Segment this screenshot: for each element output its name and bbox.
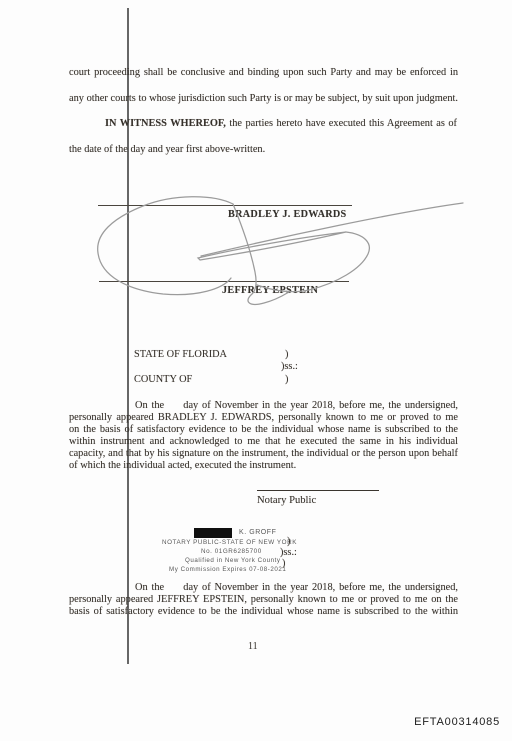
stamp-qualified: Qualified in New York County <box>185 557 281 564</box>
jurat2-paren-bottom: ) <box>282 558 285 569</box>
witness-clause-rest: the parties hereto have executed this Ag… <box>226 118 457 129</box>
jurat1-county: COUNTY OF <box>134 374 192 385</box>
bates-number: EFTA00314085 <box>410 716 500 728</box>
stamp-expiration: My Commission Expires 07-08-2021 <box>169 566 286 573</box>
redaction-box <box>194 528 232 538</box>
jurat2-paren-top: ) <box>287 536 290 547</box>
jurat1-state: STATE OF FLORIDA <box>134 349 227 360</box>
page-number: 11 <box>248 641 258 652</box>
jurat1-paren-top: ) <box>285 349 288 360</box>
notary-public-label: Notary Public <box>257 495 316 506</box>
stamp-title: NOTARY PUBLIC-STATE OF NEW YORK <box>162 539 297 546</box>
ack1-line: of which the individual acted, executed … <box>69 459 458 472</box>
scan-artifact-vertical-line <box>127 8 129 664</box>
signature-scrawl <box>85 190 480 315</box>
jurat2-ss: )ss.: <box>280 547 297 558</box>
scanned-legal-document-page: court proceeding shall be conclusive and… <box>0 0 512 741</box>
jurat1-paren-bottom: ) <box>285 374 288 385</box>
ack2-line: basis of satisfactory evidence to be the… <box>69 605 458 618</box>
body-paragraph-line: court proceeding shall be conclusive and… <box>69 66 458 80</box>
stamp-commission-number: No. 01GR6285700 <box>201 548 262 555</box>
notary-signature-line <box>257 490 379 491</box>
body-paragraph-line: any other courts to whose jurisdiction s… <box>69 92 458 106</box>
witness-clause-bold: IN WITNESS WHEREOF, <box>105 118 226 129</box>
jurat1-ss: )ss.: <box>281 361 298 372</box>
stamp-notary-name: K. GROFF <box>239 529 276 536</box>
witness-clause-line: IN WITNESS WHEREOF, the parties hereto h… <box>105 117 457 131</box>
witness-clause-line2: the date of the day and year first above… <box>69 143 458 157</box>
